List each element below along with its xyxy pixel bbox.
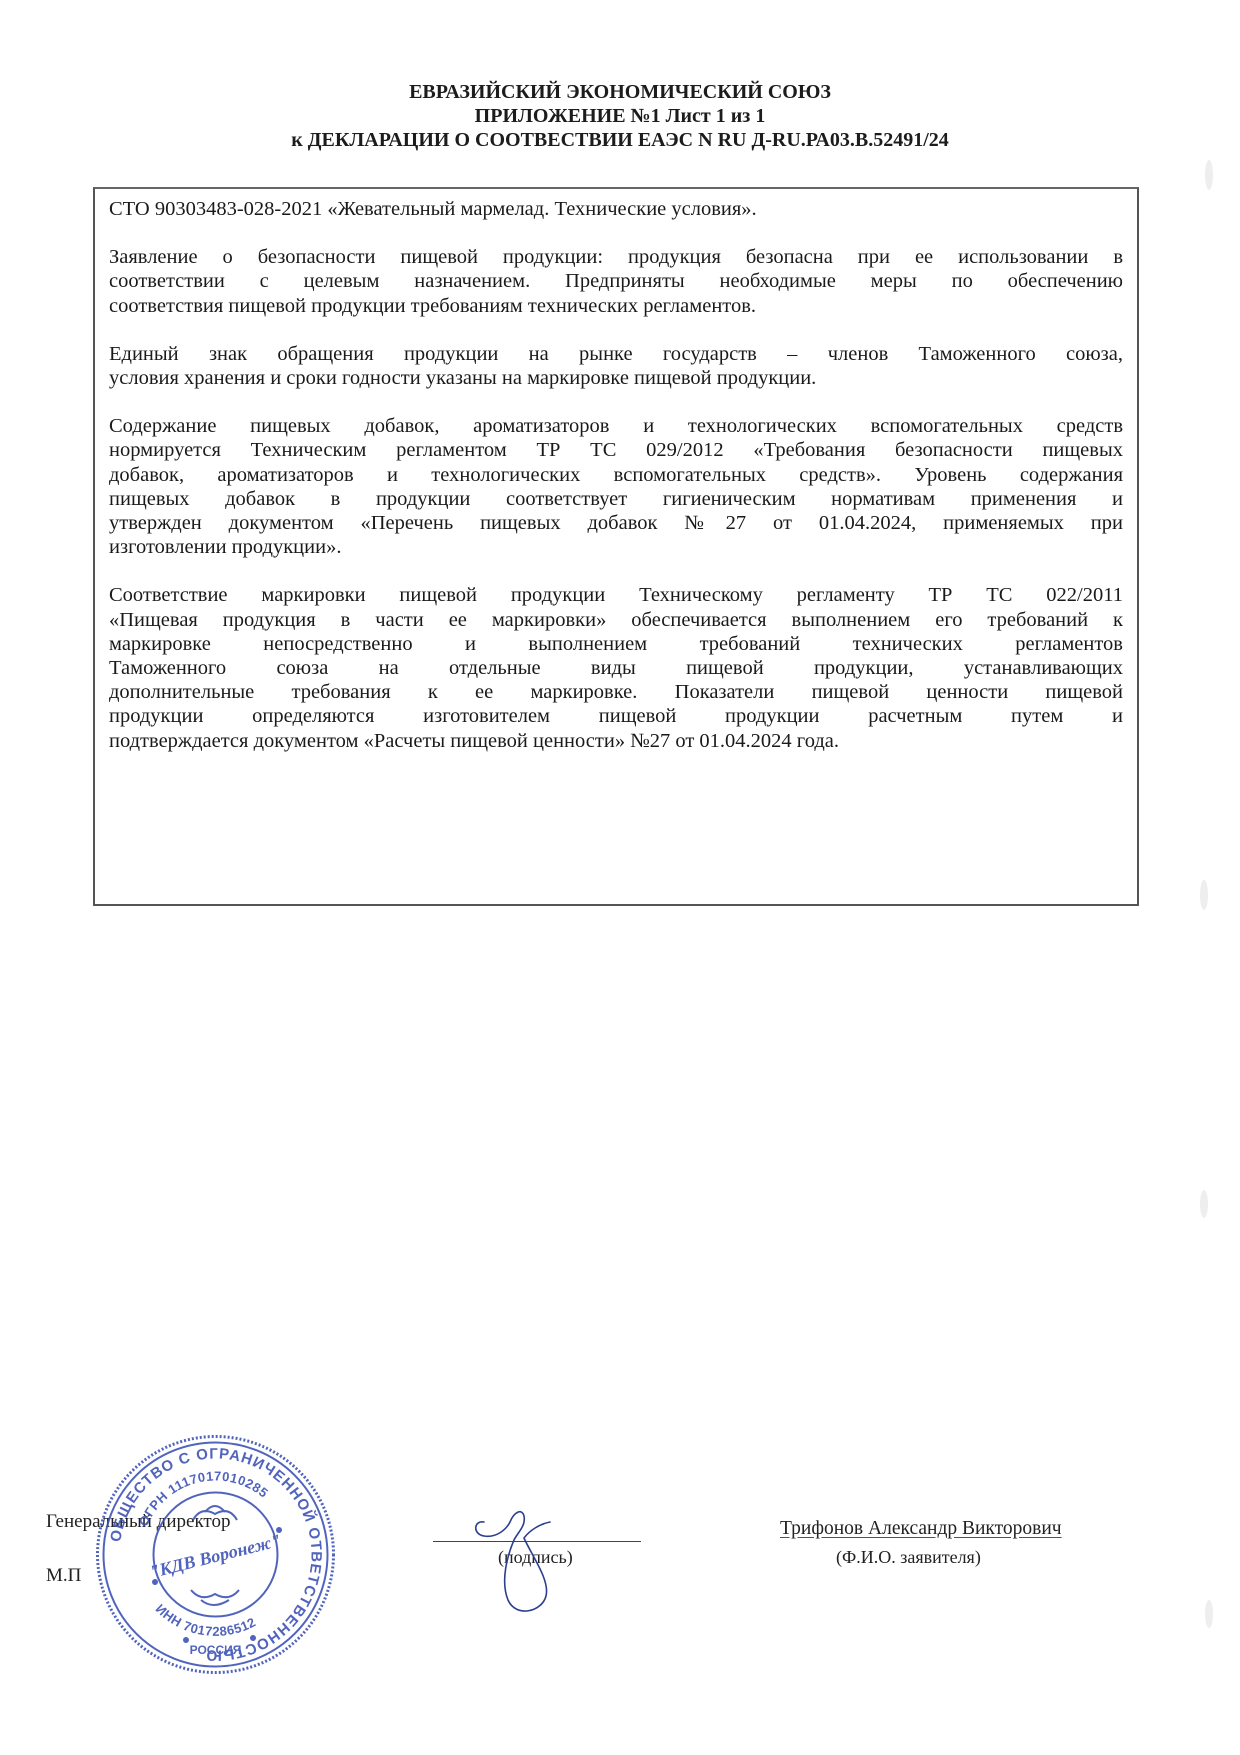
document-header: ЕВРАЗИЙСКИЙ ЭКОНОМИЧЕСКИЙ СОЮЗ ПРИЛОЖЕНИ…	[0, 80, 1240, 152]
paragraph-line: Единый знак обращения продукции на рынке…	[109, 342, 1123, 366]
company-stamp-icon: ОБЩЕСТВО С ОГРАНИЧЕННОЙ ОТВЕТСТВЕННОСТЬЮ…	[93, 1432, 338, 1677]
scan-artifact	[1205, 160, 1213, 190]
scan-artifact	[1200, 880, 1208, 910]
paragraph-safety-statement: Заявление о безопасности пищевой продукц…	[109, 245, 1123, 318]
paragraph-line: Содержание пищевых добавок, ароматизатор…	[109, 414, 1123, 438]
paragraph-line: изготовлении продукции».	[109, 535, 1123, 559]
paragraph-line: дополнительные требования к ее маркировк…	[109, 680, 1123, 704]
standard-reference: СТО 90303483-028-2021 «Жевательный марме…	[109, 197, 1123, 221]
scan-artifact	[1200, 1190, 1208, 1218]
header-appendix-title: ПРИЛОЖЕНИЕ №1 Лист 1 из 1	[0, 104, 1240, 128]
paragraph-line: нормируется Техническим регламентом ТР Т…	[109, 438, 1123, 462]
svg-text:РОССИЯ: РОССИЯ	[190, 1643, 242, 1657]
seal-mark-label: М.П	[46, 1565, 81, 1587]
paragraph-line: «Пищевая продукция в части ее маркировки…	[109, 608, 1123, 632]
handwritten-signature-icon	[470, 1500, 620, 1620]
content-body: СТО 90303483-028-2021 «Жевательный марме…	[109, 197, 1123, 777]
paragraph-line: пищевых добавок в продукции соответствуе…	[109, 487, 1123, 511]
standard-line: СТО 90303483-028-2021 «Жевательный марме…	[109, 197, 1123, 221]
paragraph-line: соответствии с целевым назначением. Пред…	[109, 269, 1123, 293]
signer-name-caption: (Ф.И.О. заявителя)	[836, 1547, 981, 1568]
paragraph-line: Заявление о безопасности пищевой продукц…	[109, 245, 1123, 269]
paragraph-food-additives: Содержание пищевых добавок, ароматизатор…	[109, 414, 1123, 559]
paragraph-line: добавок, ароматизаторов и технологически…	[109, 463, 1123, 487]
svg-text:ИНН 7017286512: ИНН 7017286512	[153, 1601, 259, 1639]
header-declaration-number: к ДЕКЛАРАЦИИ О СООТВЕСТВИИ ЕАЭС N RU Д-R…	[0, 128, 1240, 152]
scan-artifact	[1205, 1600, 1213, 1628]
paragraph-line: подтверждается документом «Расчеты пищев…	[109, 729, 1123, 753]
content-frame: СТО 90303483-028-2021 «Жевательный марме…	[93, 187, 1139, 906]
paragraph-line: соответствия пищевой продукции требовани…	[109, 294, 1123, 318]
paragraph-line: условия хранения и сроки годности указан…	[109, 366, 1123, 390]
paragraph-labeling-compliance: Соответствие маркировки пищевой продукци…	[109, 583, 1123, 752]
paragraph-line: Соответствие маркировки пищевой продукци…	[109, 583, 1123, 607]
paragraph-line: маркировке непосредственно и выполнением…	[109, 632, 1123, 656]
paragraph-line: Таможенного союза на отдельные виды пище…	[109, 656, 1123, 680]
header-union-title: ЕВРАЗИЙСКИЙ ЭКОНОМИЧЕСКИЙ СОЮЗ	[0, 80, 1240, 104]
paragraph-line: утвержден документом «Перечень пищевых д…	[109, 511, 1123, 535]
svg-text:"КДВ Воронеж": "КДВ Воронеж"	[147, 1530, 283, 1582]
paragraph-market-mark: Единый знак обращения продукции на рынке…	[109, 342, 1123, 390]
paragraph-line: продукции определяются изготовителем пищ…	[109, 704, 1123, 728]
signer-full-name: Трифонов Александр Викторович	[780, 1518, 1062, 1540]
